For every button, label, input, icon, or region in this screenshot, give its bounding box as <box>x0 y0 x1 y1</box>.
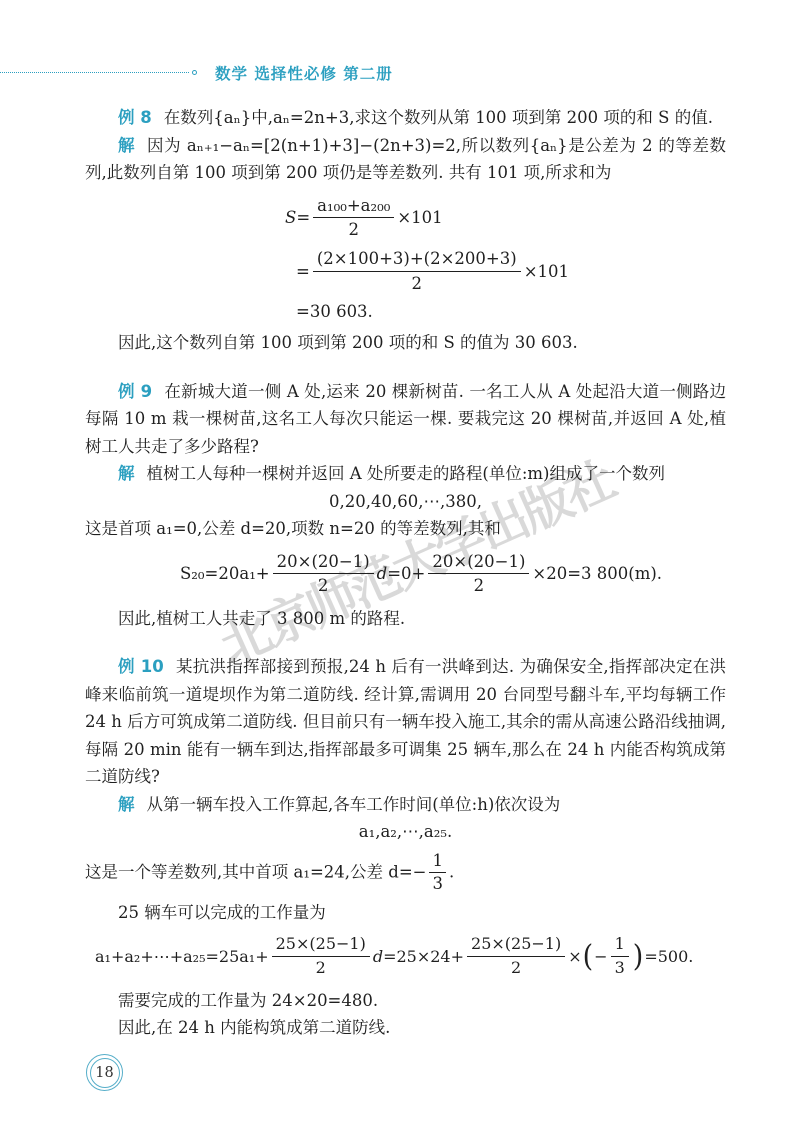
example-8-formula-line-2: =(2×100+3)+(2×200+3)2×101 <box>296 248 726 294</box>
times-sign: × <box>568 947 581 966</box>
header-dot-icon <box>192 70 197 75</box>
example-9-solution-label: 解 <box>118 464 135 483</box>
example-8-formula-block: S=a₁₀₀+a₂₀₀2×101 =(2×100+3)+(2×200+3)2×1… <box>85 195 726 322</box>
example-10-sequence: a₁,a₂,⋯,a₂₅. <box>85 818 726 846</box>
example-9-solution-text: 植树工人每种一棵树并返回 A 处所要走的路程(单位:m)组成了一个数列 <box>147 464 666 483</box>
example-8-label: 例 8 <box>118 108 152 127</box>
formula-variable: d <box>377 564 388 583</box>
example-9-formula: S₂₀=20a₁+20×(20−1)2d=0+20×(20−1)2×20=3 8… <box>180 551 726 597</box>
example-9-conclusion: 因此,植树工人共走了 3 800 m 的路程. <box>85 605 726 633</box>
fraction-denominator: 2 <box>348 218 359 240</box>
fraction-denominator: 3 <box>432 873 443 895</box>
example-10-label: 例 10 <box>118 657 164 676</box>
equals-sign: = <box>296 208 310 227</box>
fraction-numerator: (2×100+3)+(2×200+3) <box>313 248 521 271</box>
example-10-solution-label: 解 <box>118 795 135 814</box>
formula-lhs: a₁+a₂+⋯+a₂₅=25a₁+ <box>95 947 269 966</box>
fraction-denominator: 2 <box>511 957 521 979</box>
header-rule <box>0 70 197 75</box>
book-title: 数学 选择性必修 第二册 <box>215 62 393 84</box>
minus-sign: − <box>594 947 607 966</box>
example-9-statement-text: 在新城大道一侧 A 处,运来 20 棵新树苗. 一名工人从 A 处起沿大道一侧路… <box>85 382 726 456</box>
example-9-solution-intro: 解植树工人每种一棵树并返回 A 处所要走的路程(单位:m)组成了一个数列 <box>85 460 726 488</box>
fraction-numerator: 1 <box>429 851 446 874</box>
formula-variable: d <box>373 947 383 966</box>
left-paren: ( <box>583 942 594 972</box>
page-content: 例 8在数列{aₙ}中,aₙ=2n+3,求这个数列从第 100 项到第 200 … <box>85 104 726 1042</box>
equals-sign: = <box>296 262 310 281</box>
fraction: 25×(25−1)2 <box>467 934 565 979</box>
formula-lhs: S₂₀=20a₁+ <box>180 564 270 583</box>
fraction: (2×100+3)+(2×200+3)2 <box>313 248 521 294</box>
fraction-numerator: 1 <box>611 934 629 957</box>
formula-result: =30 603. <box>296 302 373 321</box>
fraction-denominator: 2 <box>412 272 423 294</box>
fraction-numerator: 25×(25−1) <box>467 934 565 957</box>
example-9-label: 例 9 <box>118 382 152 401</box>
formula-suffix: ×20=3 800(m). <box>532 564 662 583</box>
example-10-solution-text: 从第一辆车投入工作算起,各车工作时间(单位:h)依次设为 <box>147 795 561 814</box>
common-difference-suffix: . <box>449 862 454 881</box>
header-dotted-line <box>0 72 189 73</box>
example-9-sequence: 0,20,40,60,⋯,380, <box>85 488 726 516</box>
example-10-work-intro: 25 辆车可以完成的工作量为 <box>85 899 726 927</box>
example-10-formula: a₁+a₂+⋯+a₂₅=25a₁+25×(25−1)2d=25×24+25×(2… <box>95 934 726 979</box>
example-10-common-difference: 这是一个等差数列,其中首项 a₁=24,公差 d=−13. <box>85 846 726 899</box>
fraction-numerator: a₁₀₀+a₂₀₀ <box>313 195 394 218</box>
fraction-numerator: 25×(25−1) <box>272 934 370 957</box>
example-8-conclusion: 因此,这个数列自第 100 项到第 200 项的和 S 的值为 30 603. <box>85 329 726 357</box>
page-number: 18 <box>90 1058 120 1088</box>
page-number-badge: 18 <box>86 1054 123 1091</box>
fraction: 20×(20−1)2 <box>273 551 374 597</box>
example-9-statement: 例 9在新城大道一侧 A 处,运来 20 棵新树苗. 一名工人从 A 处起沿大道… <box>85 378 726 461</box>
example-10-conclusion: 因此,在 24 h 内能构筑成第二道防线. <box>85 1014 726 1042</box>
formula-result: =500. <box>644 947 693 966</box>
textbook-page: 数学 选择性必修 第二册 北京师范大学出版社 例 8在数列{aₙ}中,aₙ=2n… <box>0 0 794 1123</box>
example-10-solution-intro: 解从第一辆车投入工作算起,各车工作时间(单位:h)依次设为 <box>85 791 726 819</box>
fraction: 13 <box>611 934 629 979</box>
fraction: a₁₀₀+a₂₀₀2 <box>313 195 394 241</box>
formula-variable: S <box>285 208 296 227</box>
example-9-solution-mid: 这是首项 a₁=0,公差 d=20,项数 n=20 的等差数列,其和 <box>85 515 726 543</box>
example-8-solution-intro: 解因为 aₙ₊₁−aₙ=[2(n+1)+3]−(2n+3)=2,所以数列{aₙ}… <box>85 132 726 187</box>
fraction-denominator: 3 <box>615 957 625 979</box>
example-8-formula-line-1: S=a₁₀₀+a₂₀₀2×101 <box>285 195 726 241</box>
fraction: 20×(20−1)2 <box>428 551 529 597</box>
example-8-formula-line-3: =30 603. <box>296 302 726 321</box>
formula-suffix: ×101 <box>524 262 569 281</box>
example-10-statement-text: 某抗洪指挥部接到预报,24 h 后有一洪峰到达. 为确保安全,指挥部决定在洪峰来… <box>85 657 726 786</box>
right-paren: ) <box>633 942 644 972</box>
common-difference-prefix: 这是一个等差数列,其中首项 a₁=24,公差 d=− <box>85 862 426 881</box>
fraction: 25×(25−1)2 <box>272 934 370 979</box>
example-8-statement-text: 在数列{aₙ}中,aₙ=2n+3,求这个数列从第 100 项到第 200 项的和… <box>164 108 713 127</box>
formula-mid: =0+ <box>387 564 425 583</box>
formula-suffix: ×101 <box>397 208 442 227</box>
example-8-solution-text: 因为 aₙ₊₁−aₙ=[2(n+1)+3]−(2n+3)=2,所以数列{aₙ}是… <box>85 136 726 183</box>
fraction-numerator: 20×(20−1) <box>428 551 529 574</box>
example-10-statement: 例 10某抗洪指挥部接到预报,24 h 后有一洪峰到达. 为确保安全,指挥部决定… <box>85 653 726 791</box>
fraction-denominator: 2 <box>474 574 485 596</box>
fraction: 13 <box>429 851 446 895</box>
example-10-work-needed: 需要完成的工作量为 24×20=480. <box>85 987 726 1015</box>
example-8-solution-label: 解 <box>118 136 135 155</box>
fraction-denominator: 2 <box>316 957 326 979</box>
fraction-denominator: 2 <box>318 574 329 596</box>
formula-mid: =25×24+ <box>383 947 464 966</box>
example-8-statement: 例 8在数列{aₙ}中,aₙ=2n+3,求这个数列从第 100 项到第 200 … <box>85 104 726 132</box>
fraction-numerator: 20×(20−1) <box>273 551 374 574</box>
